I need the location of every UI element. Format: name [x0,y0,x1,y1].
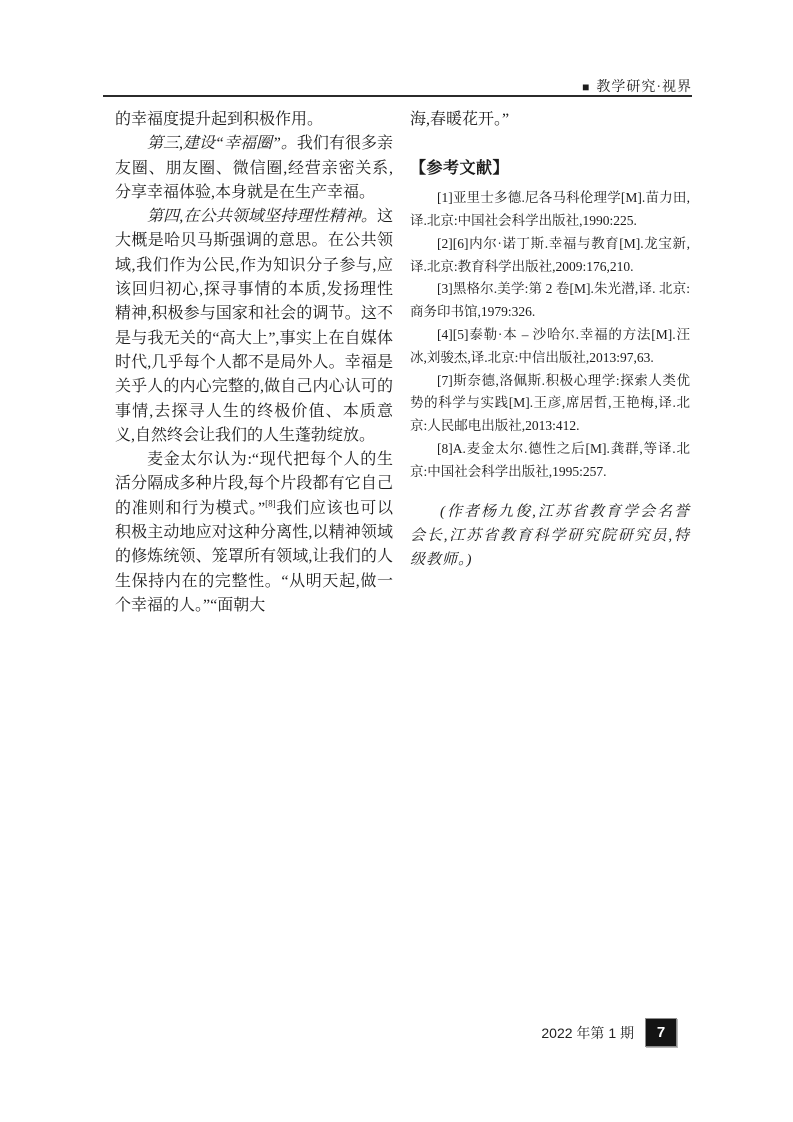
author-note: (作者杨九俊,江苏省教育学会名誉会长,江苏省教育科学研究院研究员,特级教师。) [410,500,690,572]
body-paragraph-macintyre: 麦金太尔认为:“现代把每个人的生活分隔成多种片段,每个片段都有它自己的准则和行为… [115,448,393,618]
references-heading: 【参考文献】 [410,155,690,178]
paragraph-lead-kai: 第三,建设“幸福圈”。 [147,135,297,152]
left-column: 的幸福度提升起到积极作用。 第三,建设“幸福圈”。我们有很多亲友圈、朋友圈、微信… [115,108,393,618]
reference-item: [7]斯奈德,洛佩斯.积极心理学:探索人类优势的科学与实践[M].王彦,席居哲,… [410,370,690,438]
page-footer: 2022 年第 1 期 7 [0,1018,677,1047]
header-section-label: ■教学研究·视界 [103,76,692,96]
page-number-badge: 7 [645,1018,677,1047]
paragraph-lead-kai: 第四,在公共领域坚持理性精神。 [147,208,377,225]
body-paragraph-continuation: 的幸福度提升起到积极作用。 [115,108,393,132]
paragraph-body: 这大概是哈贝马斯强调的意思。在公共领域,我们作为公民,作为知识分子参与,应该回归… [115,208,393,444]
body-paragraph-continued-quote: 海,春暖花开。” [410,108,690,132]
reference-item: [1]亚里士多德.尼各马科伦理学[M].苗力田,译.北京:中国社会科学出版社,1… [410,187,690,233]
journal-page: ■教学研究·视界 的幸福度提升起到积极作用。 第三,建设“幸福圈”。我们有很多亲… [0,0,793,1122]
body-paragraph-third-point: 第三,建设“幸福圈”。我们有很多亲友圈、朋友圈、微信圈,经营亲密关系,分享幸福体… [115,132,393,205]
reference-item: [4][5]泰勒·本 – 沙哈尔.幸福的方法[M].汪冰,刘骏杰,译.北京:中信… [410,324,690,370]
section-marker-icon: ■ [582,80,590,94]
body-paragraph-fourth-point: 第四,在公共领域坚持理性精神。这大概是哈贝马斯强调的意思。在公共领域,我们作为公… [115,205,393,448]
reference-item: [3]黑格尔.美学:第 2 卷[M].朱光潜,译. 北京:商务印书馆,1979:… [410,278,690,324]
section-title: 教学研究·视界 [596,80,692,95]
header-rule [103,95,692,97]
right-column: 海,春暖花开。” 【参考文献】 [1]亚里士多德.尼各马科伦理学[M].苗力田,… [410,108,690,572]
issue-label: 2022 年第 1 期 [541,1023,634,1043]
reference-item: [8]A.麦金太尔.德性之后[M].龚群,等译.北京:中国社会科学出版社,199… [410,438,690,484]
citation-superscript: [8] [265,498,276,508]
reference-item: [2][6]内尔·诺丁斯.幸福与教育[M].龙宝新,译.北京:教育科学出版社,2… [410,233,690,279]
